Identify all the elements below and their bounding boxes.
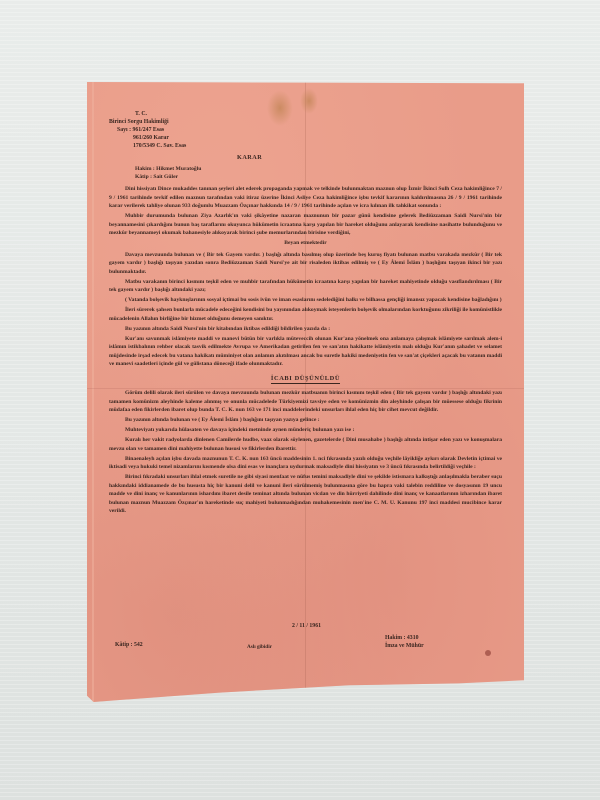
paragraph: İleri sürerek şahsen bunlarla mücadele e… [109, 306, 502, 323]
header-line: Sayı : 961/247 Esas [109, 126, 186, 134]
clerk-signature: Kâtip : 542 [115, 641, 143, 650]
header-line: 961/260 Karar [109, 134, 186, 142]
document-title: KARAR [237, 154, 262, 163]
paragraph: Görüm delili olarak ileri sürülen ve dav… [109, 389, 502, 415]
clerk-name: Kâtip : Sait Güler [135, 173, 201, 181]
paragraph: Bu yazının altında bulunan ve ( Ey Âlemi… [109, 416, 502, 425]
paragraph: Bu yazının altında Saidi Nursi'nin bir k… [109, 325, 502, 334]
paragraph-center: Beyan etmektedir [109, 239, 502, 248]
paragraph: Davaya mevzuunda bulunan ve ( Bir tek Ga… [109, 251, 502, 277]
judges-block: Hakim : Hikmet Muratoğlu Kâtip : Sait Gü… [135, 165, 201, 181]
section-heading-text: İCABI DÜŞÜNÜLDÜ [271, 375, 340, 384]
paragraph: Dini hissiyatı Dince mukaddes tanınan şe… [109, 185, 502, 211]
document-sheet: T. C. Birinci Sorgu Hakimliği Sayı : 961… [87, 82, 524, 702]
paragraph: Kur'anı savunmak islâmiyete maddi ve man… [109, 335, 502, 369]
paragraph: Muhteviyatı yukarıda hülasaten ve davaya… [109, 426, 502, 435]
paragraph: Muhbir durumunda bulunan Ziya Azarlık'ın… [109, 212, 502, 238]
document-content: T. C. Birinci Sorgu Hakimliği Sayı : 961… [87, 82, 524, 702]
paragraph: ( Vatanda bolşevik hayknışlarının sosyal… [109, 296, 502, 305]
paragraph: Binaenaleyh açılan işbu davada maznunun … [109, 455, 502, 472]
true-copy-note: Aslı gibidir [247, 643, 272, 652]
court-header: T. C. Birinci Sorgu Hakimliği Sayı : 961… [109, 110, 186, 150]
judge-number: Hakim : 4310 [385, 634, 424, 642]
document-body: Dini hissiyatı Dince mukaddes tanınan şe… [109, 185, 502, 517]
paragraph: Kuralı her vakit radyolarda dinlenen Cam… [109, 436, 502, 453]
paragraph: Matbu varakanın birinci kısmını teşkil e… [109, 278, 502, 295]
section-heading: İCABI DÜŞÜNÜLDÜ [109, 375, 502, 384]
judge-name: Hakim : Hikmet Muratoğlu [135, 165, 201, 173]
header-line: T. C. [109, 110, 186, 118]
paragraph: Birinci fıkradaki unsurları ihlal etmek … [109, 473, 502, 516]
decision-date: 2 / 11 / 1961 [292, 622, 321, 631]
signature-seal-label: İmza ve Mühür [385, 642, 424, 650]
header-line: 170/5349 C. Sav. Esas [109, 142, 186, 150]
header-line: Birinci Sorgu Hakimliği [109, 118, 186, 126]
judge-signature: Hakim : 4310 İmza ve Mühür [385, 634, 424, 650]
